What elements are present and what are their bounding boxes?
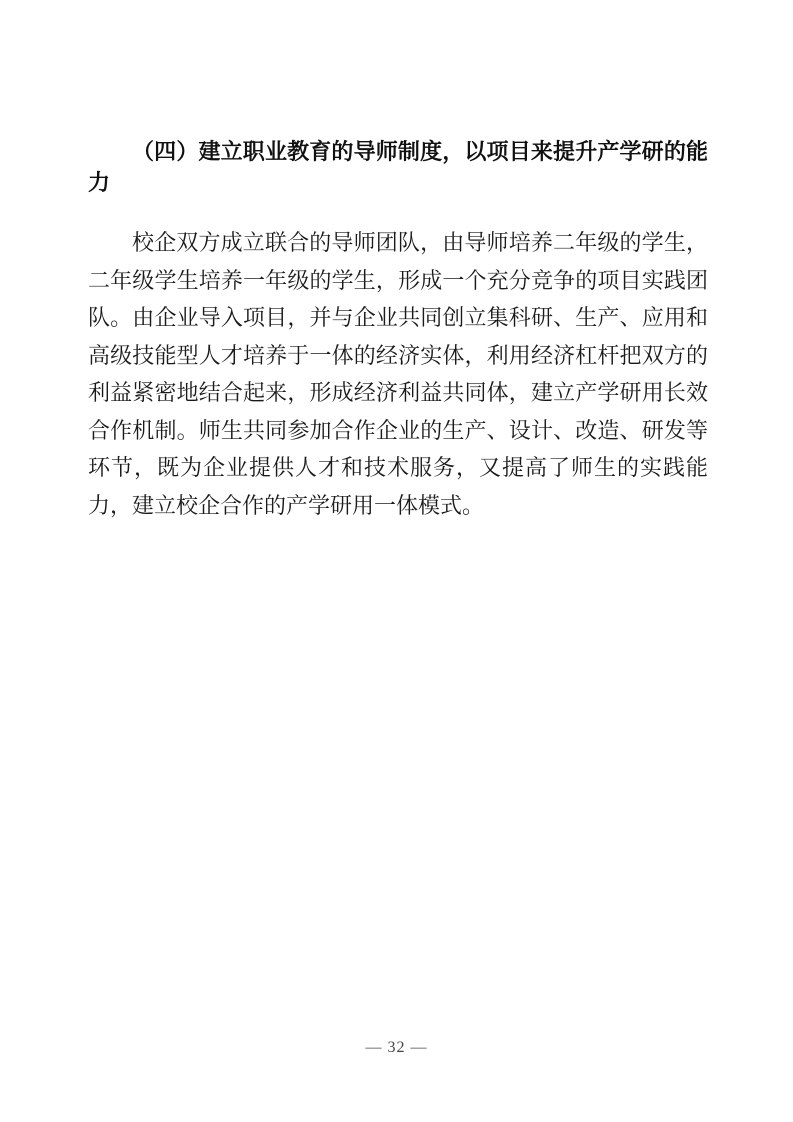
body-paragraph: 校企双方成立联合的导师团队，由导师培养二年级的学生，二年级学生培养一年级的学生，… bbox=[88, 224, 708, 524]
page-content: （四）建立职业教育的导师制度，以项目来提升产学研的能力 校企双方成立联合的导师团… bbox=[88, 136, 708, 524]
section-heading: （四）建立职业教育的导师制度，以项目来提升产学研的能力 bbox=[88, 136, 708, 198]
document-page: （四）建立职业教育的导师制度，以项目来提升产学研的能力 校企双方成立联合的导师团… bbox=[0, 0, 793, 1122]
page-number: — 32 — bbox=[0, 1038, 793, 1058]
